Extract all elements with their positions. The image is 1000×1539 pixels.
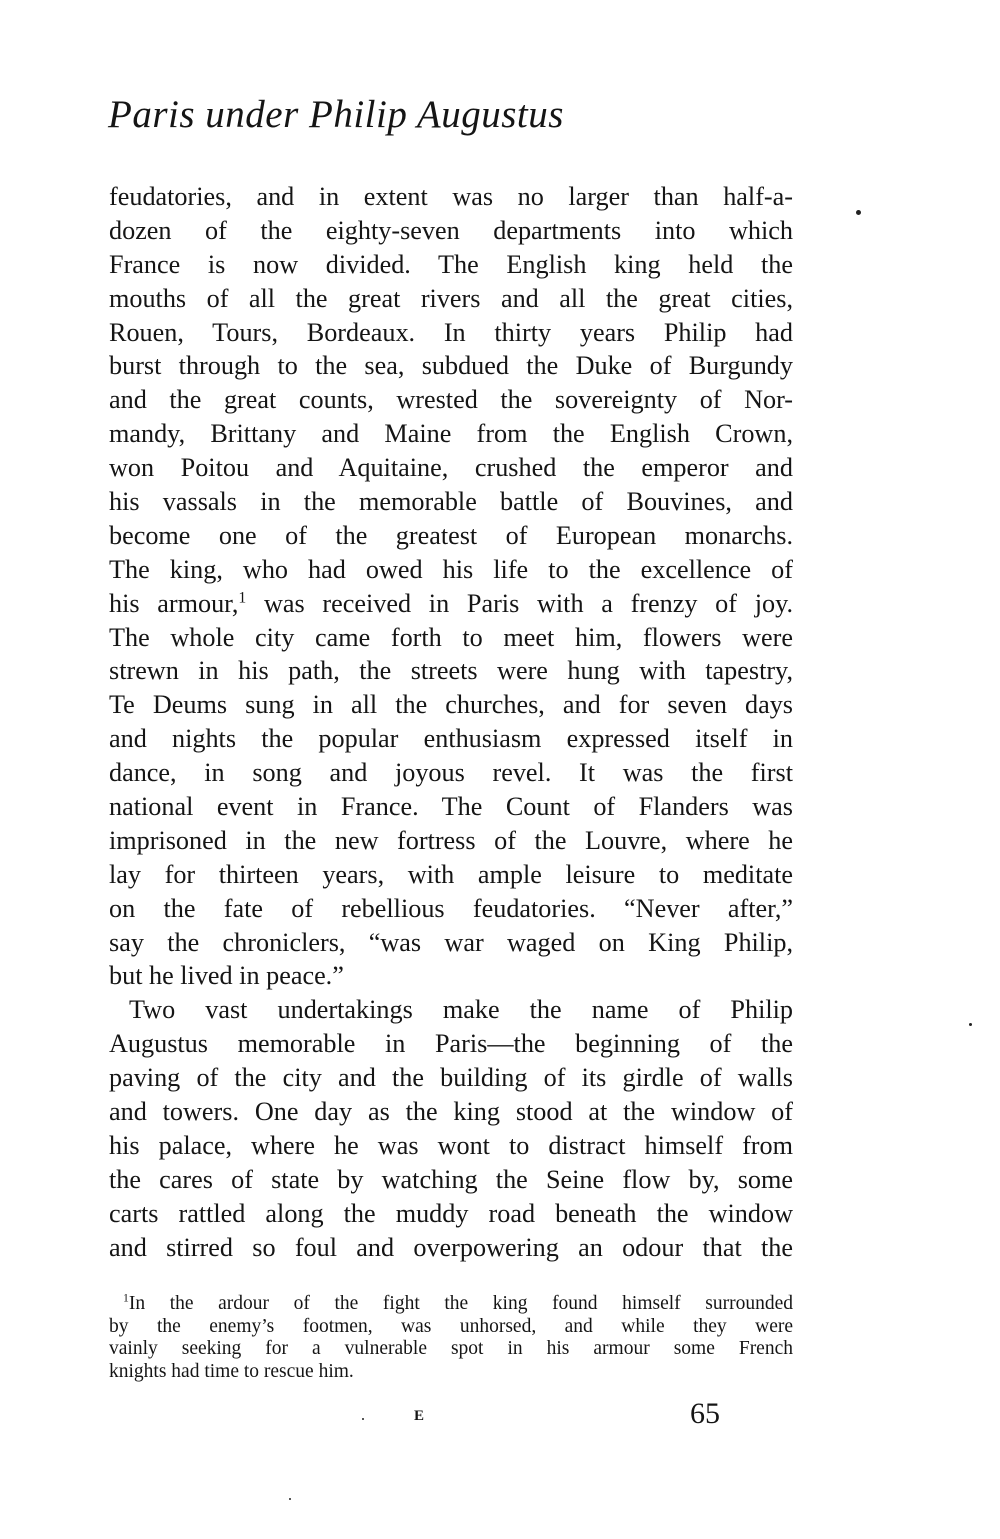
scan-speck [856,210,861,215]
text-line: carts rattled along the muddy road benea… [109,1197,793,1231]
text-line: France is now divided. The English king … [109,248,793,282]
book-page: Paris under Philip Augustus feudatories,… [0,0,1000,1539]
signature-mark: E [414,1408,424,1425]
footnote-line: vainly seeking for a vulnerable spot in … [109,1338,793,1361]
body-text: feudatories, and in extent was no larger… [109,180,793,1265]
text-line: paving of the city and the building of i… [109,1061,793,1095]
scan-speck [362,1418,364,1420]
paragraph-start-line: Two vast undertakings make the name of P… [109,993,793,1027]
text-line: mandy, Brittany and Maine from the Engli… [109,417,793,451]
text-line: say the chroniclers, “was war waged on K… [109,926,793,960]
text-line: burst through to the sea, subdued the Du… [109,349,793,383]
scan-speck [969,1023,972,1026]
page-number: 65 [690,1397,720,1431]
text-line: feudatories, and in extent was no larger… [109,180,793,214]
text-line-with-footnote-ref: his armour,1 was received in Paris with … [109,587,793,621]
text-line: strewn in his path, the streets were hun… [109,654,793,688]
text-fragment: In the ardour of the fight the king foun… [129,1293,793,1314]
text-line: and nights the popular enthusiasm expres… [109,722,793,756]
text-line: national event in France. The Count of F… [109,790,793,824]
text-line: Augustus memorable in Paris—the beginnin… [109,1027,793,1061]
footnote-line: by the enemy’s footmen, was unhorsed, an… [109,1316,793,1339]
text-line: won Poitou and Aquitaine, crushed the em… [109,451,793,485]
text-line: and towers. One day as the king stood at… [109,1095,793,1129]
text-line: become one of the greatest of European m… [109,519,793,553]
footnote-line: 1In the ardour of the fight the king fou… [109,1293,793,1316]
text-fragment: was received in Paris with a frenzy of j… [264,589,793,618]
text-line: dozen of the eighty-seven departments in… [109,214,793,248]
text-line: and the great counts, wrested the sovere… [109,383,793,417]
text-line: Rouen, Tours, Bordeaux. In thirty years … [109,316,793,350]
running-head: Paris under Philip Augustus [108,92,564,137]
text-fragment: his armour, [109,589,238,618]
text-line: dance, in song and joyous revel. It was … [109,756,793,790]
footnote: 1In the ardour of the fight the king fou… [109,1293,793,1383]
text-line: imprisoned in the new fortress of the Lo… [109,824,793,858]
scan-speck [289,1498,291,1500]
text-line: the cares of state by watching the Seine… [109,1163,793,1197]
footnote-line: knights had time to rescue him. [109,1361,793,1384]
text-line: mouths of all the great rivers and all t… [109,282,793,316]
text-line: lay for thirteen years, with ample leisu… [109,858,793,892]
footnote-reference: 1 [238,589,246,606]
text-line: The king, who had owed his life to the e… [109,553,793,587]
text-line: his palace, where he was wont to distrac… [109,1129,793,1163]
text-line: his vassals in the memorable battle of B… [109,485,793,519]
text-line: and stirred so foul and overpowering an … [109,1231,793,1265]
text-line: Te Deums sung in all the churches, and f… [109,688,793,722]
text-line: The whole city came forth to meet him, f… [109,621,793,655]
text-line: on the fate of rebellious feudatories. “… [109,892,793,926]
text-line: but he lived in peace.” [109,959,793,993]
